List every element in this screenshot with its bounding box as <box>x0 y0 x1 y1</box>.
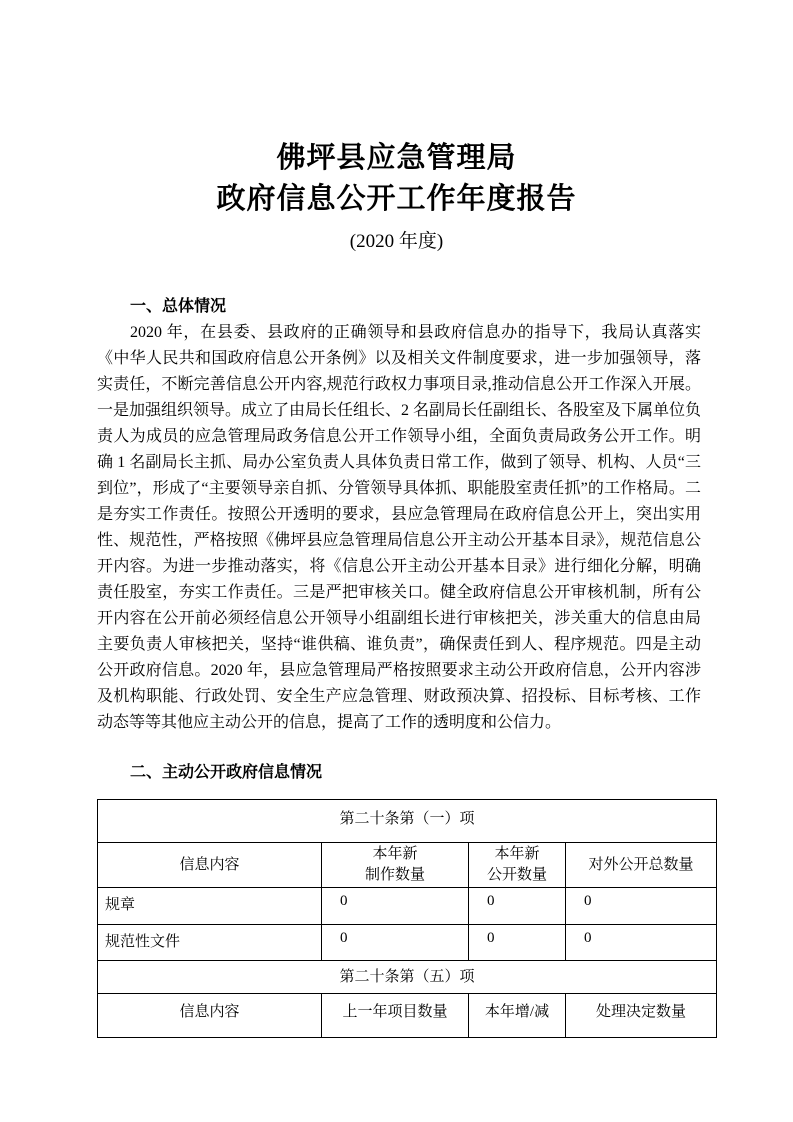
part1-header-new-made: 本年新 制作数量 <box>322 843 469 888</box>
row-label-regulations: 规章 <box>98 888 322 925</box>
part1-header-new-published: 本年新 公开数量 <box>469 843 566 888</box>
row-regulations-made: 0 <box>322 888 469 925</box>
row-normative-made: 0 <box>322 925 469 961</box>
part2-header-last-year: 上一年项目数量 <box>322 994 469 1038</box>
document-title-line1: 佛坪县应急管理局 <box>0 138 793 179</box>
document-page: 佛坪县应急管理局 政府信息公开工作年度报告 (2020 年度) 一、总体情况 2… <box>0 0 793 1122</box>
section-heading-disclosure: 二、主动公开政府信息情况 <box>97 761 701 785</box>
part2-header-decisions: 处理决定数量 <box>566 994 717 1038</box>
part1-header-total-public: 对外公开总数量 <box>566 843 717 888</box>
table-row: 第二十条第（五）项 <box>98 961 717 994</box>
row-normative-total: 0 <box>566 925 717 961</box>
document-title-line2: 政府信息公开工作年度报告 <box>0 179 793 220</box>
overview-paragraph: 2020 年，在县委、县政府的正确领导和县政府信息办的指导下，我局认真落实《中华… <box>97 320 701 736</box>
table-row: 信息内容 上一年项目数量 本年增/减 处理决定数量 <box>98 994 717 1038</box>
table-row: 规章 0 0 0 <box>98 888 717 925</box>
part2-header-content: 信息内容 <box>98 994 322 1038</box>
title-block: 佛坪县应急管理局 政府信息公开工作年度报告 (2020 年度) <box>0 138 793 255</box>
disclosure-table: 第二十条第（一）项 信息内容 本年新 制作数量 本年新 公开数量 对外公开总数量… <box>97 799 717 1038</box>
table-part2-title: 第二十条第（五）项 <box>98 961 717 994</box>
table-row: 规范性文件 0 0 0 <box>98 925 717 961</box>
table-part1-title: 第二十条第（一）项 <box>98 800 717 843</box>
row-normative-published: 0 <box>469 925 566 961</box>
section-heading-overview: 一、总体情况 <box>97 295 701 319</box>
part2-header-change: 本年增/减 <box>469 994 566 1038</box>
row-regulations-total: 0 <box>566 888 717 925</box>
document-subtitle: (2020 年度) <box>0 229 793 255</box>
part1-header-content: 信息内容 <box>98 843 322 888</box>
row-regulations-published: 0 <box>469 888 566 925</box>
table-row: 第二十条第（一）项 <box>98 800 717 843</box>
row-label-normative-docs: 规范性文件 <box>98 925 322 961</box>
table-row: 信息内容 本年新 制作数量 本年新 公开数量 对外公开总数量 <box>98 843 717 888</box>
